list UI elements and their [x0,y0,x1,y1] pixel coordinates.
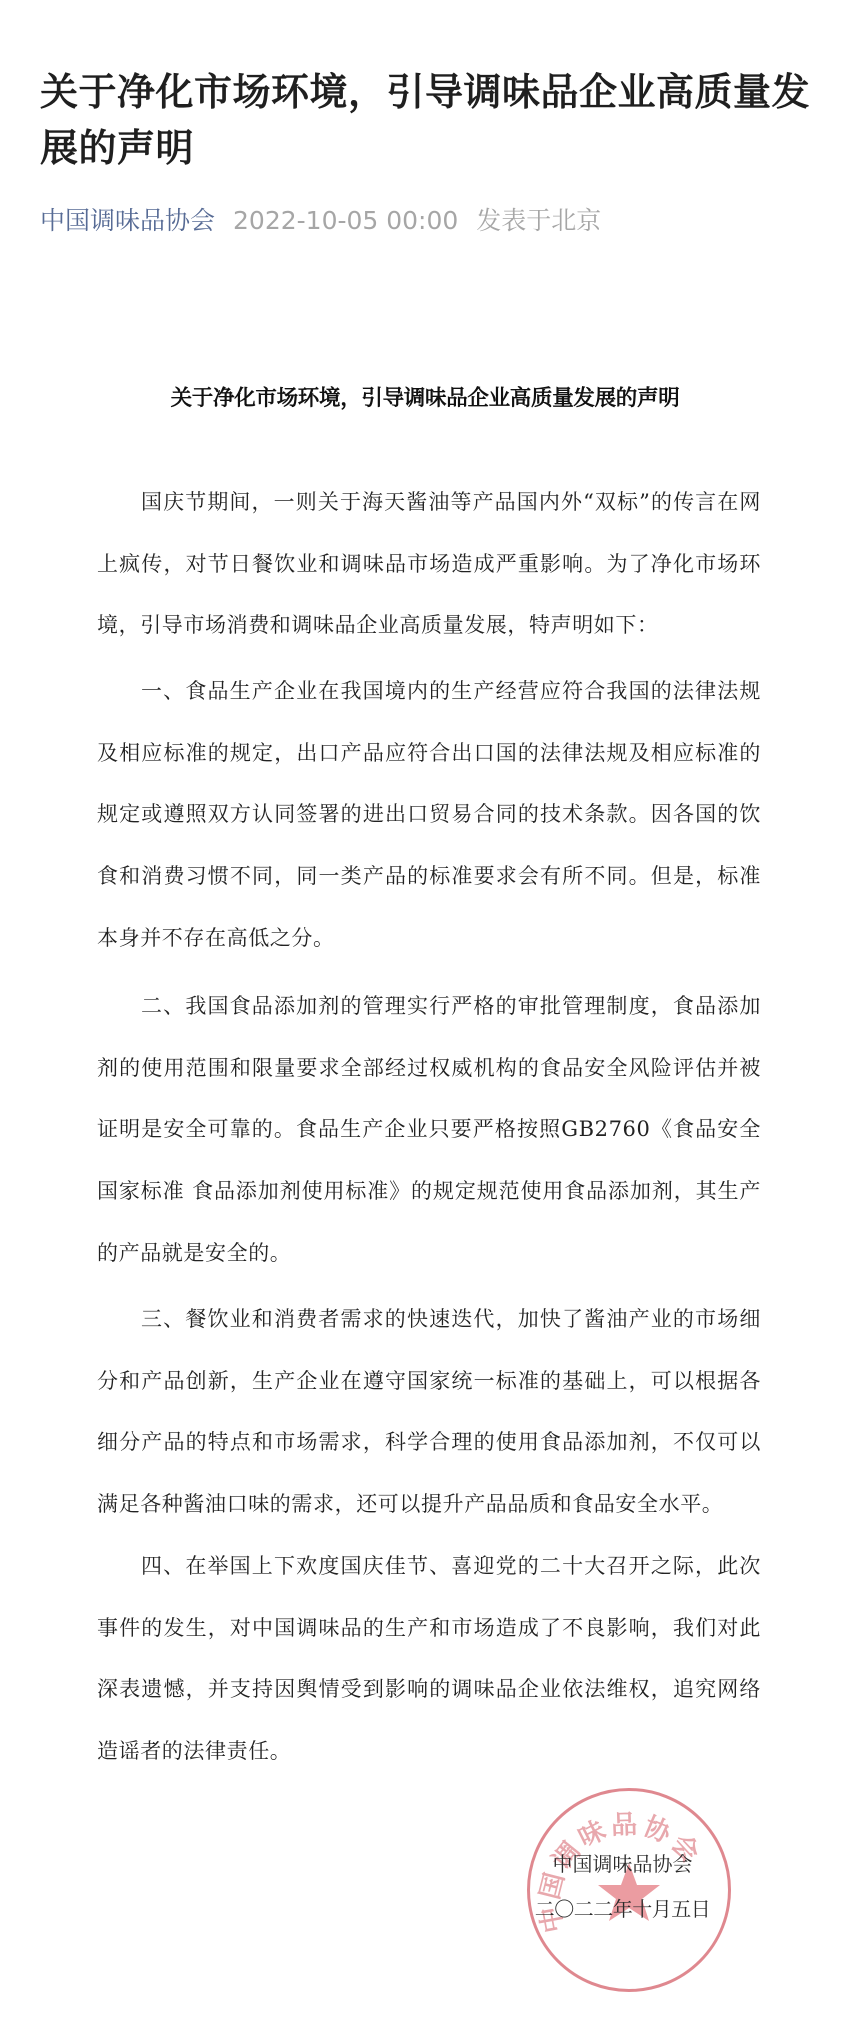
official-seal-stamp: 中国调味品协会 [527,1788,731,1992]
seal-graphic: 中国调味品协会 [530,1791,728,1989]
paragraph-section-1: 一、食品生产企业在我国境内的生产经营应符合我国的法律法规及相应标准的规定，出口产… [97,661,761,970]
paragraph-section-4: 四、在举国上下欢度国庆佳节、喜迎党的二十大召开之际，此次事件的发生，对中国调味品… [97,1536,761,1783]
paragraph-intro: 国庆节期间，一则关于海天酱油等产品国内外“双标”的传言在网上疯传，对节日餐饮业和… [97,472,761,657]
statement-document-image: 关于净化市场环境，引导调味品企业高质量发展的声明 国庆节期间，一则关于海天酱油等… [0,0,850,2044]
signature-date: 二〇二二年十月五日 [520,1893,725,1922]
document-title: 关于净化市场环境，引导调味品企业高质量发展的声明 [100,382,750,416]
paragraph-section-2: 二、我国食品添加剂的管理实行严格的审批管理制度，食品添加剂的使用范围和限量要求全… [97,976,761,1285]
signature-organization: 中国调味品协会 [520,1848,725,1877]
paragraph-section-3: 三、餐饮业和消费者需求的快速迭代，加快了酱油产业的市场细分和产品创新，生产企业在… [97,1289,761,1536]
